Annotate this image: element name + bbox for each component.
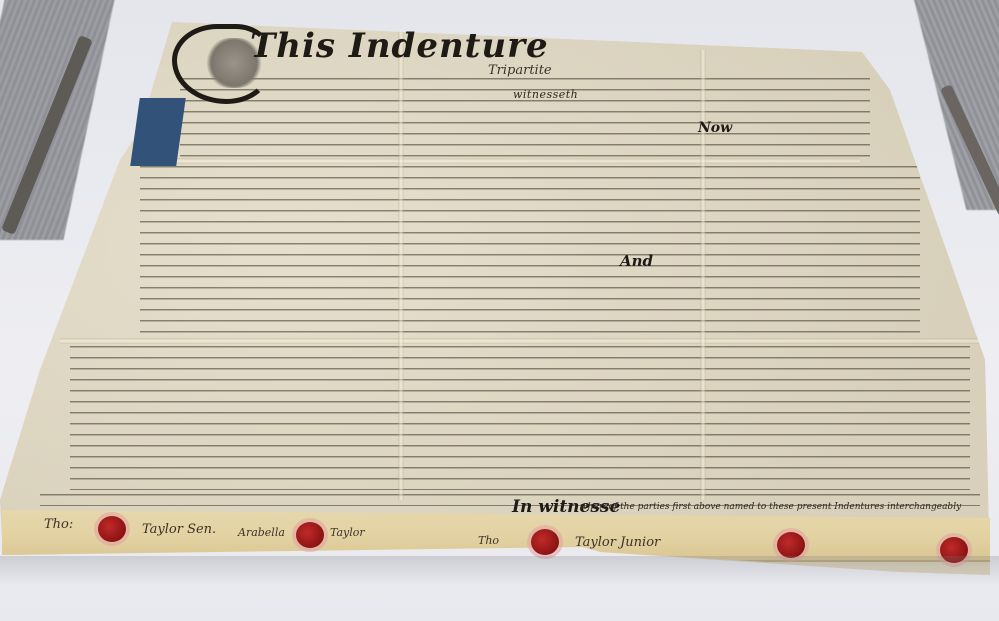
wax-seal-2 xyxy=(296,522,324,548)
fold-line-vertical-right xyxy=(700,50,706,500)
handwritten-text-lower xyxy=(70,340,970,490)
handwritten-text-middle xyxy=(140,160,920,340)
fold-line-horizontal-lower xyxy=(60,338,980,344)
blue-ribbon-tab xyxy=(130,98,186,166)
handwritten-text-top xyxy=(180,72,870,162)
signature-taylor-junior: Taylor Junior xyxy=(575,535,660,550)
signature-arabella: Arabella xyxy=(238,526,285,539)
inline-now-heading: Now xyxy=(698,120,732,136)
inline-and-heading: And xyxy=(620,252,653,270)
indenture-document: This Indenture Tripartite witnesseth Now… xyxy=(0,0,999,621)
wax-seal-1 xyxy=(98,516,126,542)
signature-taylor-sen: Taylor Sen. xyxy=(142,522,216,537)
witnesseth-text: witnesseth xyxy=(513,88,578,101)
document-shadow xyxy=(0,556,999,586)
signature-tho: Tho: xyxy=(44,517,73,532)
wax-seal-3 xyxy=(531,529,559,555)
signature-tho-junior: Tho xyxy=(478,534,499,547)
photo-background: This Indenture Tripartite witnesseth Now… xyxy=(0,0,999,621)
document-subheading: Tripartite xyxy=(488,63,552,78)
fold-line-vertical-left xyxy=(398,30,404,500)
fold-line-horizontal-upper xyxy=(140,158,860,164)
wax-seal-4 xyxy=(777,532,805,558)
witness-clause: whereof the parties first above named to… xyxy=(580,502,961,512)
signature-taylor: Taylor xyxy=(330,526,365,539)
document-heading: This Indenture xyxy=(250,26,549,66)
